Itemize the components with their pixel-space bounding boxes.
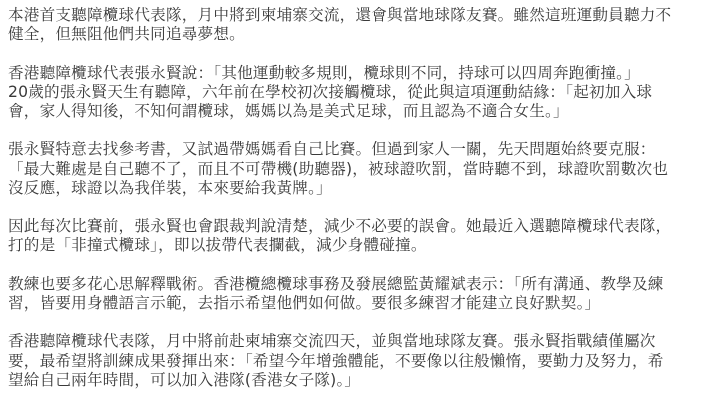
- news-article: 本港首支聽障欖球代表隊，月中將到柬埔寨交流，還會與當地球隊友賽。雖然這班運動員聽…: [8, 6, 708, 409]
- text-line: 香港聽障欖球代表張永賢說：「其他運動較多規則，欖球則不同，持球可以四周奔跑衝撞。…: [8, 64, 708, 83]
- text-line: 會，家人得知後，不知何謂欖球，媽媽以為是美式足球，而且認為不適合女生。」: [8, 102, 708, 121]
- paragraph-challenges: 張永賢特意去找參考書，又試過帶媽媽看自己比賽。但過到家人一關，先天問題始終要克服…: [8, 140, 708, 198]
- paragraph-intro: 本港首支聽障欖球代表隊，月中將到柬埔寨交流，還會與當地球隊友賽。雖然這班運動員聽…: [8, 6, 708, 44]
- text-line: 香港聽障欖球代表隊，月中將前赴柬埔寨交流四天，並與當地球隊友賽。張永賢指戰績僅屬…: [8, 332, 708, 351]
- paragraph-referee: 因此每次比賽前，張永賢也會跟裁判說清楚，減少不必要的誤會。她最近入選聽障欖球代表…: [8, 217, 708, 255]
- text-line: 20歲的張永賢天生有聽障，六年前在學校初次接觸欖球，從此與這項運動結緣：「起初加…: [8, 83, 708, 102]
- text-line: 習，皆要用身體語言示範，去指示希望他們如何做。要很多練習才能建立良好默契。」: [8, 294, 708, 313]
- paragraph-goals: 香港聽障欖球代表隊，月中將前赴柬埔寨交流四天，並與當地球隊友賽。張永賢指戰績僅屬…: [8, 332, 708, 390]
- text-line: 要，最希望將訓練成果發揮出來：「希望今年增強體能，不要像以往般懶惰，要勤力及努力…: [8, 352, 708, 371]
- text-line: 打的是「非撞式欖球」，即以拔帶代表攔截，減少身體碰撞。: [8, 236, 708, 255]
- text-line: 因此每次比賽前，張永賢也會跟裁判說清楚，減少不必要的誤會。她最近入選聽障欖球代表…: [8, 217, 708, 236]
- text-line: 健全，但無阻他們共同追尋夢想。: [8, 25, 708, 44]
- text-line: 教練也要多花心思解釋戰術。香港欖總欖球事務及發展總監黃耀斌表示：「所有溝通、教學…: [8, 275, 708, 294]
- paragraph-player-quote: 香港聽障欖球代表張永賢說：「其他運動較多規則，欖球則不同，持球可以四周奔跑衝撞。…: [8, 64, 708, 122]
- text-line: 本港首支聽障欖球代表隊，月中將到柬埔寨交流，還會與當地球隊友賽。雖然這班運動員聽…: [8, 6, 708, 25]
- paragraph-coaching: 教練也要多花心思解釋戰術。香港欖總欖球事務及發展總監黃耀斌表示：「所有溝通、教學…: [8, 275, 708, 313]
- text-line: 望給自己兩年時間，可以加入港隊(香港女子隊)。」: [8, 371, 708, 390]
- text-line: 張永賢特意去找參考書，又試過帶媽媽看自己比賽。但過到家人一關，先天問題始終要克服…: [8, 140, 708, 159]
- text-line: 沒反應，球證以為我佯裝，本來要給我黃牌。」: [8, 179, 708, 198]
- text-line: 「最大難處是自己聽不了，而且不可帶機(助聽器)，被球證吹罰，當時聽不到，球證吹罰…: [8, 160, 708, 179]
